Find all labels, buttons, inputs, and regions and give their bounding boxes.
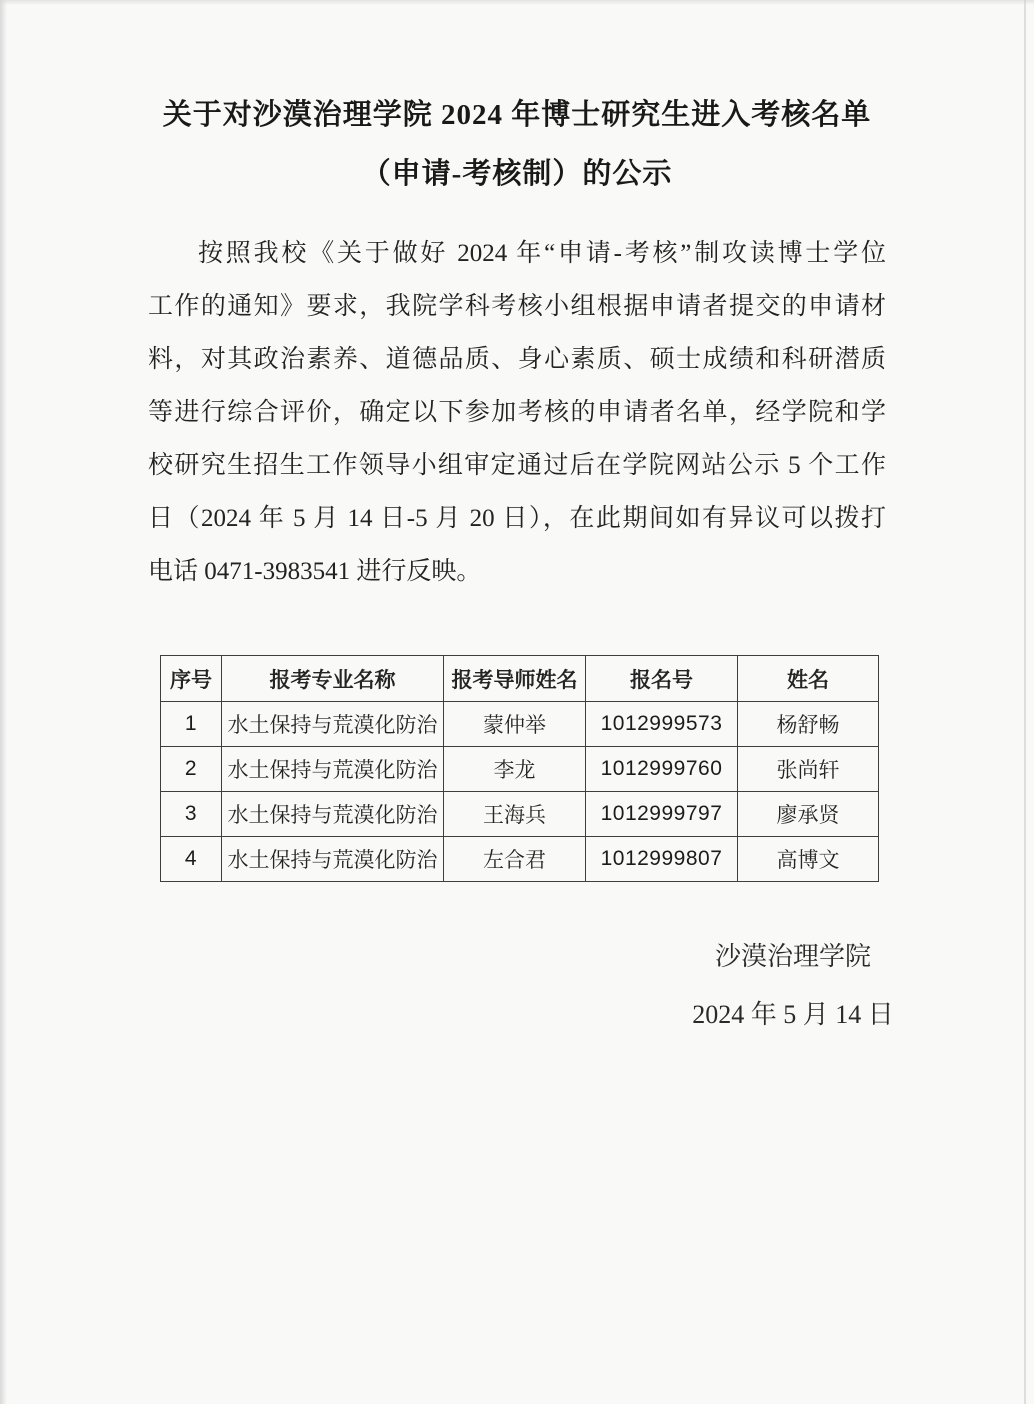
candidates-table: 序号报考专业名称报考导师姓名报名号姓名 1水土保持与荒漠化防治蒙仲举101299… [160,655,879,882]
table-header-cell: 报名号 [586,656,738,702]
document-body-paragraph: 按照我校《关于做好 2024 年“申请-考核”制攻读博士学位工作的通知》要求，我… [148,227,886,598]
table-cell-name: 廖承贤 [738,792,879,837]
body-line: 料，对其政治素养、道德品质、身心素质、硕士成绩和科研潜质 [148,333,886,386]
scan-edge-left [0,0,7,1404]
table-row: 1水土保持与荒漠化防治蒙仲举1012999573杨舒畅 [161,702,879,747]
table-cell-seq: 3 [161,792,222,837]
signature-organization: 沙漠治理学院 [686,941,900,973]
table-cell-reg_no: 1012999573 [586,702,738,747]
table-cell-seq: 1 [161,702,222,747]
table-cell-major: 水土保持与荒漠化防治 [222,837,444,882]
table-row: 2水土保持与荒漠化防治李龙1012999760张尚轩 [161,747,879,792]
table-cell-mentor: 蒙仲举 [444,702,586,747]
table-cell-seq: 4 [161,837,222,882]
body-line: 校研究生招生工作领导小组审定通过后在学院网站公示 5 个工作 [148,439,886,492]
table-cell-name: 张尚轩 [738,747,879,792]
table-cell-name: 杨舒畅 [738,702,879,747]
table-cell-mentor: 李龙 [444,747,586,792]
table-cell-name: 高博文 [738,837,879,882]
table-header-cell: 报考导师姓名 [444,656,586,702]
table-header-cell: 报考专业名称 [222,656,444,702]
table-cell-major: 水土保持与荒漠化防治 [222,702,444,747]
body-line: 按照我校《关于做好 2024 年“申请-考核”制攻读博士学位 [148,227,886,280]
signature-block: 沙漠治理学院 2024 年 5 月 14 日 [686,941,900,1031]
document-page: 关于对沙漠治理学院 2024 年博士研究生进入考核名单 （申请-考核制）的公示 … [0,0,1034,1404]
table-header-cell: 序号 [161,656,222,702]
body-line: 工作的通知》要求，我院学科考核小组根据申请者提交的申请材 [148,280,886,333]
scan-edge-top [0,0,1034,5]
body-line: 电话 0471-3983541 进行反映。 [148,545,886,598]
table-cell-reg_no: 1012999807 [586,837,738,882]
table-cell-major: 水土保持与荒漠化防治 [222,792,444,837]
table-cell-mentor: 左合君 [444,837,586,882]
table-cell-seq: 2 [161,747,222,792]
table-row: 4水土保持与荒漠化防治左合君1012999807高博文 [161,837,879,882]
table-header-row: 序号报考专业名称报考导师姓名报名号姓名 [161,656,879,702]
table-header-cell: 姓名 [738,656,879,702]
table-cell-reg_no: 1012999760 [586,747,738,792]
body-line: 日（2024 年 5 月 14 日-5 月 20 日），在此期间如有异议可以拨打 [148,492,886,545]
document-title-line1: 关于对沙漠治理学院 2024 年博士研究生进入考核名单 [0,92,1034,133]
table-cell-reg_no: 1012999797 [586,792,738,837]
scan-edge-right [1024,0,1026,1404]
signature-date: 2024 年 5 月 14 日 [686,999,900,1031]
table-cell-mentor: 王海兵 [444,792,586,837]
body-line: 等进行综合评价，确定以下参加考核的申请者名单，经学院和学 [148,386,886,439]
document-title-line2: （申请-考核制）的公示 [0,151,1034,192]
table-cell-major: 水土保持与荒漠化防治 [222,747,444,792]
table-row: 3水土保持与荒漠化防治王海兵1012999797廖承贤 [161,792,879,837]
